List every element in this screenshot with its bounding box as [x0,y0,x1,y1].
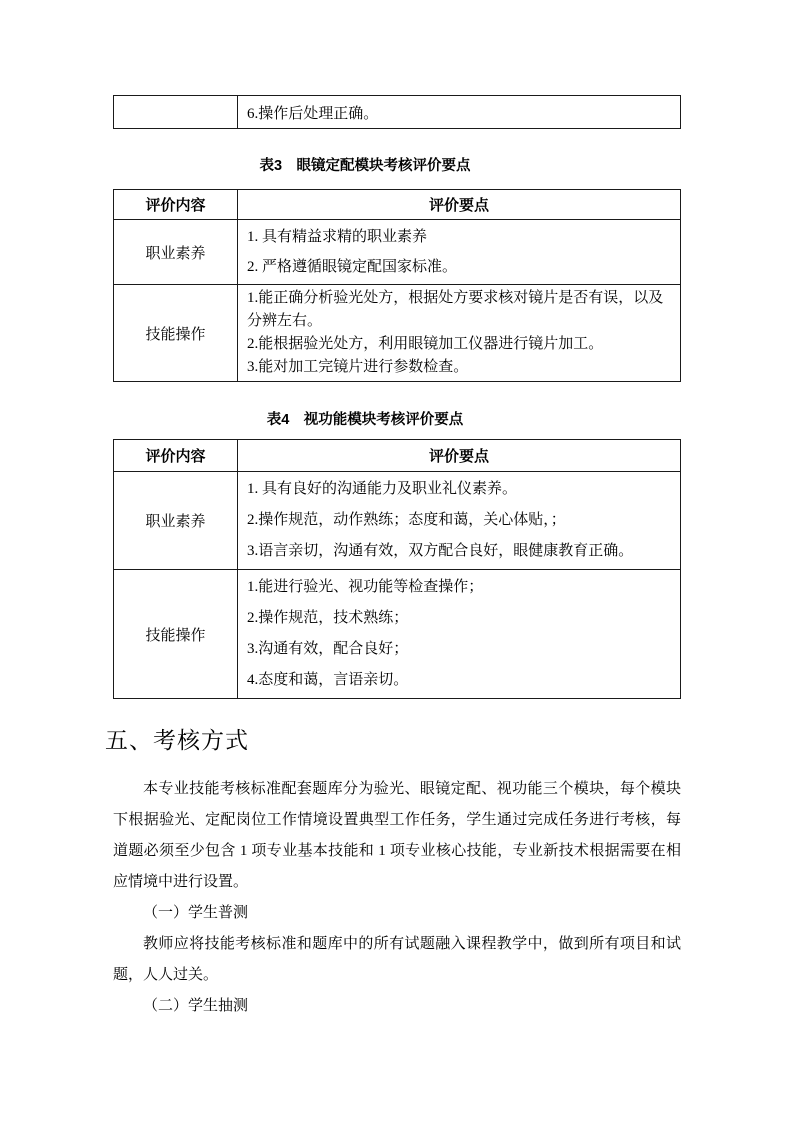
table-fragment: 6.操作后处理正确。 [113,95,681,129]
table3: 评价内容 评价要点 职业素养 1. 具有精益求精的职业素养 2. 严格遵循眼镜定… [113,189,681,382]
table3-caption: 表3 眼镜定配模块考核评价要点 [81,155,649,177]
section-body: 本专业技能考核标准配套题库分为验光、眼镜定配、视功能三个模块，每个模块下根据验光… [113,774,681,1022]
paragraph-subitem: （一）学生普测 [113,898,681,929]
point-item: 2. 严格遵循眼镜定配国家标准。 [247,252,676,282]
point-item: 1. 具有精益求精的职业素养 [247,222,676,252]
fragment-left-cell [114,96,238,129]
table3-row1-points: 1. 具有精益求精的职业素养 2. 严格遵循眼镜定配国家标准。 [238,220,681,285]
table4-row2-category: 技能操作 [114,570,238,699]
point-item: 1.能正确分析验光处方，根据处方要求核对镜片是否有误，以及分辨左右。 [247,287,676,333]
table3-header-row: 评价内容 评价要点 [114,190,681,220]
table-row: 职业素养 1. 具有精益求精的职业素养 2. 严格遵循眼镜定配国家标准。 [114,220,681,285]
point-item: 4.态度和蔼，言语亲切。 [247,665,676,696]
point-item: 2.操作规范，技术熟练； [247,603,676,634]
page-content: 6.操作后处理正确。 表3 眼镜定配模块考核评价要点 评价内容 评价要点 职业素… [113,0,681,1022]
point-item: 3.能对加工完镜片进行参数检查。 [247,356,676,379]
table4-header-points: 评价要点 [238,440,681,472]
table-row: 6.操作后处理正确。 [114,96,681,129]
point-item: 1. 具有良好的沟通能力及职业礼仪素养。 [247,474,676,505]
table3-row1-category: 职业素养 [114,220,238,285]
table3-row2-category: 技能操作 [114,285,238,382]
table-row: 职业素养 1. 具有良好的沟通能力及职业礼仪素养。 2.操作规范，动作熟练；态度… [114,472,681,570]
table4: 评价内容 评价要点 职业素养 1. 具有良好的沟通能力及职业礼仪素养。 2.操作… [113,439,681,699]
table3-header-content: 评价内容 [114,190,238,220]
point-item: 2.操作规范，动作熟练；态度和蔼，关心体贴，； [247,505,676,536]
paragraph: 本专业技能考核标准配套题库分为验光、眼镜定配、视功能三个模块，每个模块下根据验光… [113,774,681,898]
fragment-right-cell: 6.操作后处理正确。 [238,96,681,129]
table4-row2-points: 1.能进行验光、视功能等检查操作； 2.操作规范，技术熟练； 3.沟通有效，配合… [238,570,681,699]
table-row: 技能操作 1.能进行验光、视功能等检查操作； 2.操作规范，技术熟练； 3.沟通… [114,570,681,699]
section-heading: 五、考核方式 [105,726,681,756]
table4-caption: 表4 视功能模块考核评价要点 [81,409,649,431]
point-item: 1.能进行验光、视功能等检查操作； [247,572,676,603]
table3-header-points: 评价要点 [238,190,681,220]
paragraph-subitem: （二）学生抽测 [113,991,681,1022]
table-row: 技能操作 1.能正确分析验光处方，根据处方要求核对镜片是否有误，以及分辨左右。 … [114,285,681,382]
table3-row2-points: 1.能正确分析验光处方，根据处方要求核对镜片是否有误，以及分辨左右。 2.能根据… [238,285,681,382]
table4-header-row: 评价内容 评价要点 [114,440,681,472]
table4-row1-category: 职业素养 [114,472,238,570]
point-item: 2.能根据验光处方，利用眼镜加工仪器进行镜片加工。 [247,333,676,356]
table4-header-content: 评价内容 [114,440,238,472]
point-item: 3.语言亲切，沟通有效，双方配合良好，眼健康教育正确。 [247,536,676,567]
document-page: 6.操作后处理正确。 表3 眼镜定配模块考核评价要点 评价内容 评价要点 职业素… [0,0,793,1122]
point-item: 3.沟通有效，配合良好； [247,634,676,665]
table4-row1-points: 1. 具有良好的沟通能力及职业礼仪素养。 2.操作规范，动作熟练；态度和蔼，关心… [238,472,681,570]
paragraph: 教师应将技能考核标准和题库中的所有试题融入课程教学中，做到所有项目和试题，人人过… [113,929,681,991]
